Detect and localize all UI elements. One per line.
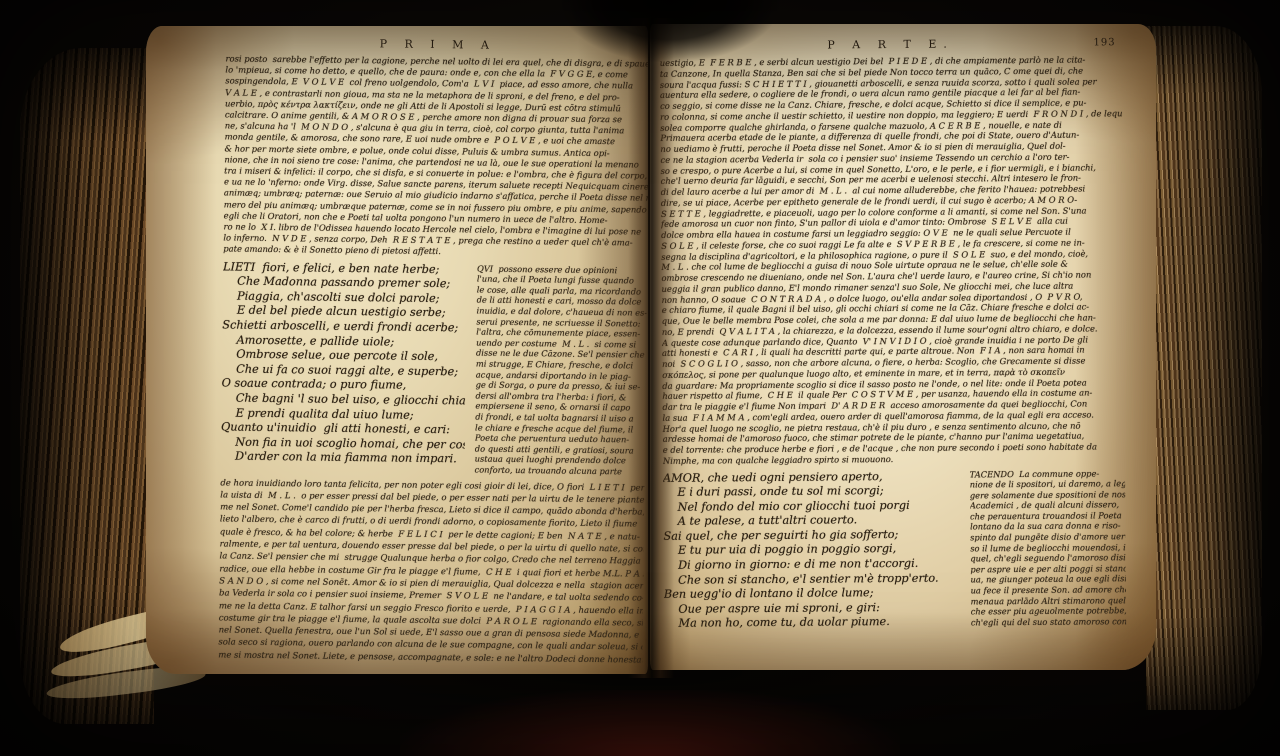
- left-page: P R I M A rosi posto sarebbe l'effetto p…: [146, 26, 648, 674]
- right-page: P A R T E. 193 uestigio, E F E R B E , e…: [650, 24, 1156, 670]
- book-photograph: P R I M A rosi posto sarebbe l'effetto p…: [0, 0, 1280, 756]
- spine-top-shadow: [560, 0, 780, 62]
- sonnet-lieti-fiori: LIETI fiori, e felici, e ben nate herbe;…: [221, 260, 468, 475]
- right-commentary-column: TACENDO La commune oppe- nione de li spo…: [970, 468, 1127, 630]
- sonnet-amor-che-uedi: AMOR, che uedi ogni pensiero aperto, E i…: [663, 469, 963, 632]
- right-two-column-section: AMOR, che uedi ogni pensiero aperto, E i…: [663, 468, 1126, 632]
- page-number: 193: [1093, 37, 1115, 48]
- right-main-commentary-paragraph: uestigio, E F E R B E , e serbi alcun ue…: [660, 54, 1125, 466]
- left-top-commentary-paragraph: rosi posto sarebbe l'effetto per la cagi…: [223, 53, 648, 260]
- left-page-content: P R I M A rosi posto sarebbe l'effetto p…: [218, 35, 648, 670]
- right-fore-edge-stack: [1146, 26, 1262, 710]
- left-commentary-column: QVI possono essere due opinioni l'una, c…: [475, 263, 648, 477]
- left-bottom-commentary-paragraph: de hora inuidiando loro tanta felicita, …: [218, 477, 644, 667]
- left-two-column-section: LIETI fiori, e felici, e ben nate herbe;…: [221, 260, 648, 477]
- table-surface-glow: [400, 690, 900, 756]
- right-page-content: P A R T E. 193 uestigio, E F E R B E , e…: [660, 36, 1127, 666]
- book-gutter-shadow: [628, 18, 674, 678]
